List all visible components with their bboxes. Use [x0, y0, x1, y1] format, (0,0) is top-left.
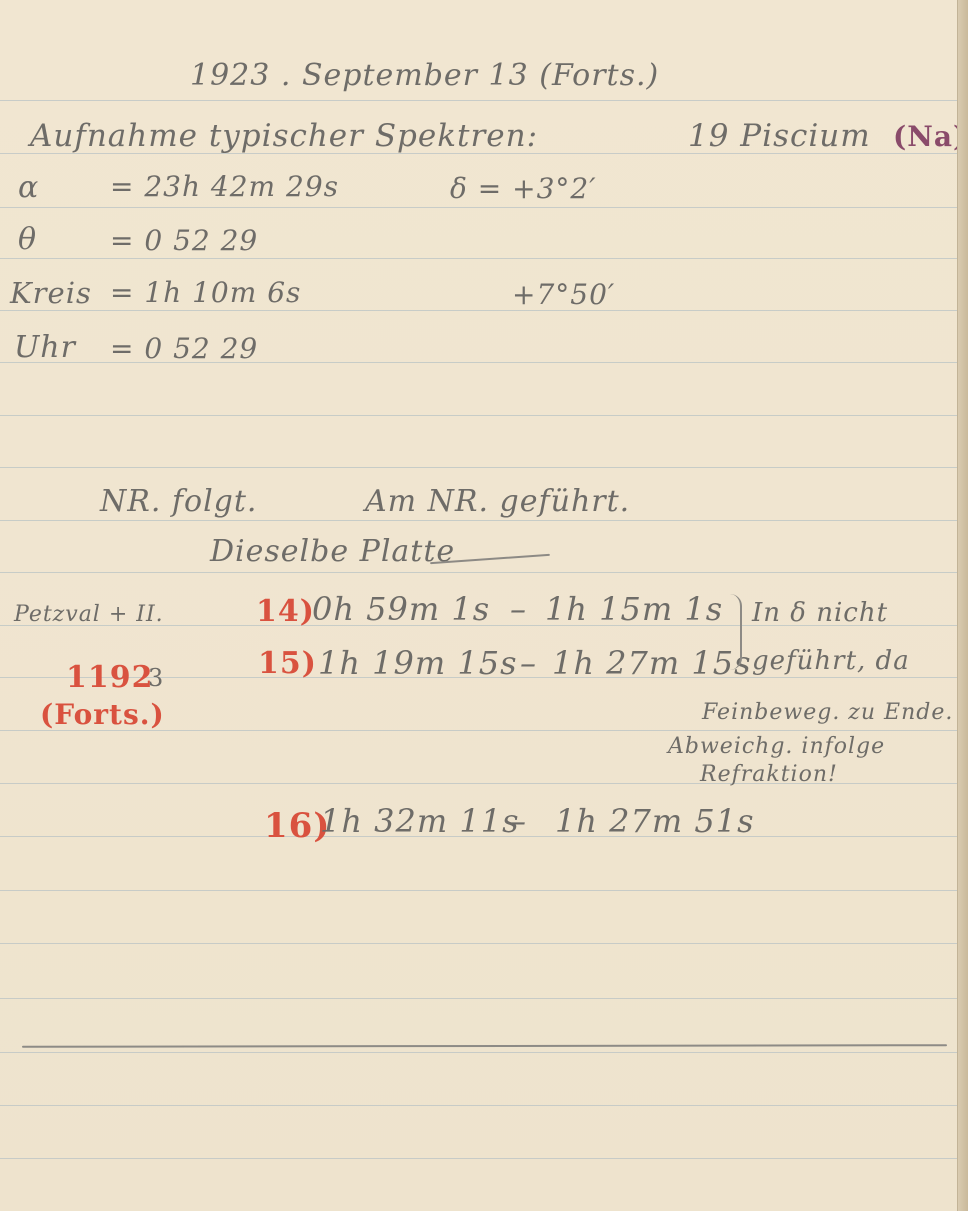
ruled-line: [0, 310, 958, 311]
margin-plate-note: (Forts.): [40, 698, 165, 731]
ruled-line: [0, 998, 958, 999]
remark-line-4: Abweichg. infolge: [668, 734, 885, 759]
exposure-dash: –: [510, 590, 527, 628]
remark-line-2: geführt, da: [752, 646, 910, 676]
ruled-line: [0, 572, 958, 573]
observation-title: Aufnahme typischer Spektren:: [30, 118, 538, 154]
coord-label-theta: θ: [18, 222, 37, 257]
coord-extra-kreis: +7°50′: [512, 278, 615, 311]
remark-line-1: In δ nicht: [752, 598, 888, 628]
page-binding-edge: [957, 0, 968, 1211]
ruled-line: [0, 520, 958, 521]
exposure-number: 14): [256, 594, 315, 629]
ruled-line: [0, 1158, 958, 1159]
remark-line-5: Refraktion!: [700, 762, 838, 787]
exposure-start: 1h 19m 15s: [318, 644, 518, 682]
end-of-entry-line: [22, 1044, 947, 1048]
remark-line-3: Feinbeweg. zu Ende.: [702, 700, 953, 725]
coord-label-alpha: α: [18, 170, 39, 205]
ruled-line: [0, 1105, 958, 1106]
exposure-end: 1h 15m 1s: [545, 590, 723, 628]
notebook-page: 1923 . September 13 (Forts.) Aufnahme ty…: [0, 0, 958, 1211]
exposure-dash: –: [520, 644, 537, 682]
exposure-end: 1h 27m 51s: [555, 802, 755, 840]
coord-value-theta: = 0 52 29: [110, 224, 258, 257]
exposure-brace: [730, 594, 742, 670]
coord-value-alpha: = 23h 42m 29s: [110, 170, 339, 203]
coord-value-uhr: = 0 52 29: [110, 332, 258, 365]
exposure-dash: –: [510, 802, 527, 840]
margin-plate-number: 1192: [66, 660, 154, 695]
ruled-line: [0, 890, 958, 891]
ruled-line: [0, 415, 958, 416]
note-dieselbe-platte: Dieselbe Platte: [210, 534, 455, 569]
exposure-start: 0h 59m 1s: [312, 590, 490, 628]
note-am-nr: Am NR. geführt.: [365, 484, 630, 519]
ruled-line: [0, 467, 958, 468]
exposure-start: 1h 32m 11s: [320, 802, 520, 840]
ruled-line: [0, 1052, 958, 1053]
margin-plate-overwrite: 3: [148, 664, 164, 692]
date-heading: 1923 . September 13 (Forts.): [190, 58, 659, 93]
ruled-line: [0, 258, 958, 259]
coord-label-uhr: Uhr: [14, 330, 76, 365]
ruled-line: [0, 207, 958, 208]
exposure-number: 15): [258, 646, 317, 681]
observation-object: 19 Piscium: [688, 118, 871, 154]
coord-label-kreis: Kreis: [10, 276, 92, 310]
exposure-end: 1h 27m 15s: [552, 644, 752, 682]
coord-value-kreis: = 1h 10m 6s: [110, 276, 301, 309]
coord-extra-delta: δ = +3°2′: [450, 172, 597, 205]
margin-instrument: Petzval + II.: [14, 602, 164, 627]
ruled-line: [0, 100, 958, 101]
ruled-line: [0, 943, 958, 944]
note-nr-folgt: NR. folgt.: [100, 484, 257, 519]
